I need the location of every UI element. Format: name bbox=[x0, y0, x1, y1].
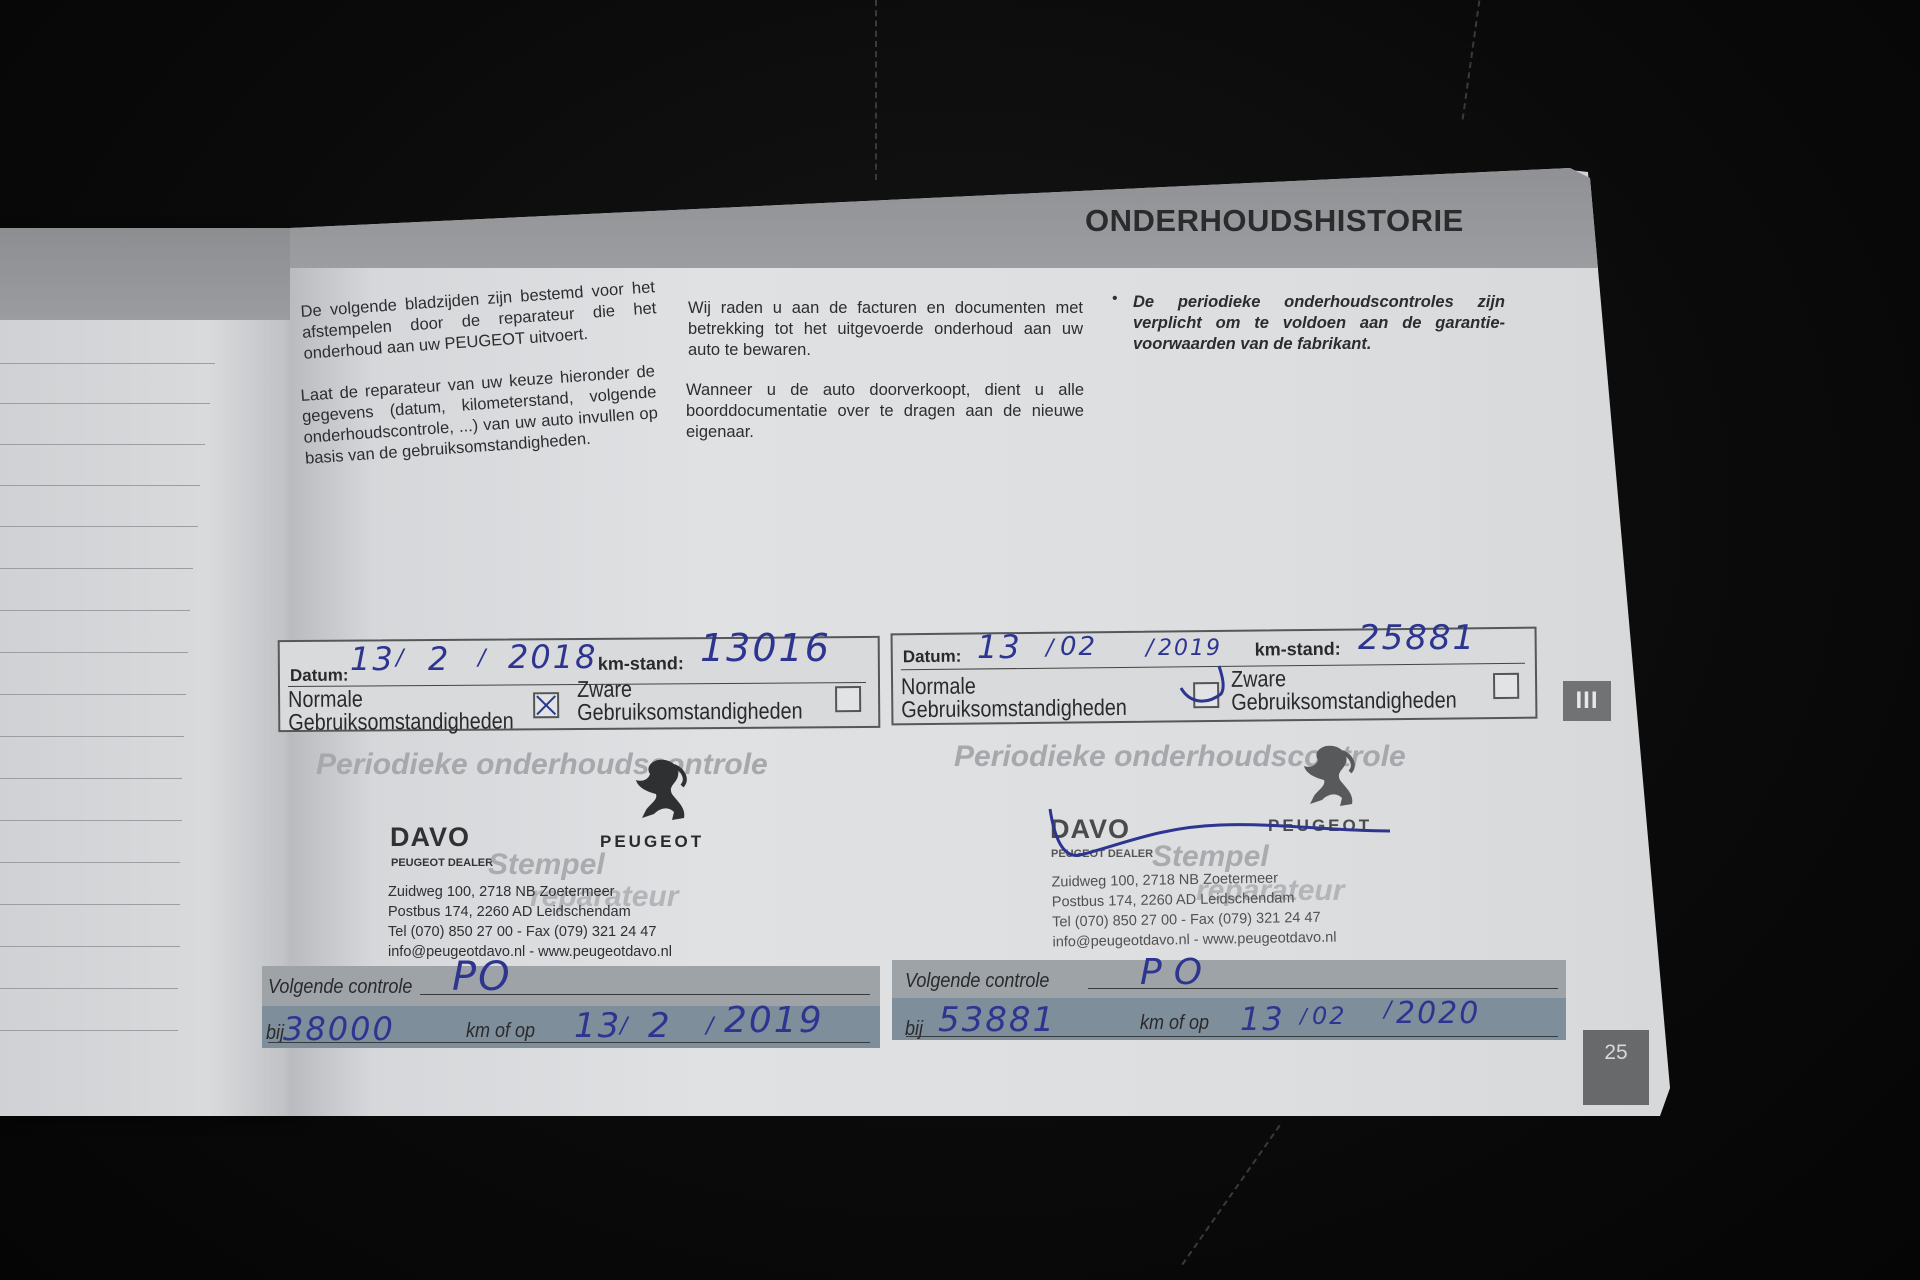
entry-1-next-year: 2019 bbox=[724, 1000, 824, 1041]
date-separator: / bbox=[1300, 1004, 1309, 1028]
dealer-address: Zuidweg 100, 2718 NB Zoetermeer Postbus … bbox=[388, 882, 672, 962]
zware-checkbox[interactable] bbox=[1493, 673, 1519, 699]
signature-stroke bbox=[1040, 805, 1400, 885]
intro-paragraph-4: Wanneer u de auto doorverkoopt, dient u … bbox=[686, 380, 1084, 443]
entry-2-next-km: 53881 bbox=[938, 1000, 1056, 1040]
entry-1-km-stand: 13016 bbox=[700, 626, 831, 670]
page-title: ONDERHOUDSHISTORIE bbox=[1085, 203, 1464, 239]
peugeot-lion-logo-icon bbox=[628, 756, 692, 824]
note-line bbox=[0, 444, 205, 445]
date-separator: / bbox=[620, 1014, 629, 1039]
date-separator: / bbox=[478, 646, 487, 671]
intro-paragraph-3: Wij raden u aan de facturen en documente… bbox=[688, 298, 1083, 361]
entry-1-next-month: 2 bbox=[648, 1006, 672, 1046]
row-rule bbox=[268, 1042, 870, 1043]
note-line bbox=[0, 526, 198, 527]
km-of-op-label: km of op bbox=[466, 1020, 535, 1043]
date-separator: / bbox=[706, 1014, 715, 1039]
datum-label: Datum: bbox=[290, 666, 349, 686]
date-separator: / bbox=[1146, 636, 1155, 661]
volgende-controle-label: Volgende controle bbox=[905, 970, 1049, 993]
note-line bbox=[0, 904, 180, 905]
normale-label: Normale Gebruiksomstandigheden bbox=[288, 686, 514, 734]
entry-2-next-day: 13 bbox=[1240, 1000, 1285, 1038]
note-line bbox=[0, 988, 178, 989]
warranty-note: De periodieke onderhoudscontroles zijn v… bbox=[1133, 292, 1505, 355]
note-line bbox=[0, 820, 182, 821]
seat-seam bbox=[1181, 1125, 1280, 1265]
note-line bbox=[0, 862, 180, 863]
dealer-name: DAVO bbox=[390, 822, 470, 853]
datum-label: Datum: bbox=[903, 647, 962, 668]
entry-1-next-control: PO bbox=[452, 954, 512, 1000]
entry-2-next-control: PO bbox=[1140, 952, 1214, 993]
date-separator: / bbox=[1046, 636, 1055, 661]
seat-seam bbox=[1462, 0, 1481, 119]
normale-line2: Gebruiksomstandigheden bbox=[901, 696, 1127, 721]
left-notes-page bbox=[0, 228, 300, 1116]
note-line bbox=[0, 485, 200, 486]
km-of-op-label: km of op bbox=[1140, 1012, 1209, 1035]
peugeot-lion-logo-icon bbox=[1296, 742, 1360, 810]
normale-label: Normale Gebruiksomstandigheden bbox=[901, 673, 1127, 721]
seat-seam bbox=[875, 0, 877, 180]
note-line bbox=[0, 778, 182, 779]
entry-2-date-year: 2019 bbox=[1158, 636, 1222, 661]
note-line bbox=[0, 652, 188, 653]
entry-2-km-stand: 25881 bbox=[1358, 618, 1476, 658]
entry-2-date-month: 02 bbox=[1060, 632, 1097, 662]
normale-checkbox-checked[interactable] bbox=[533, 692, 559, 718]
stamp-placeholder: Stempel bbox=[488, 848, 605, 882]
address-line-1: Zuidweg 100, 2718 NB Zoetermeer bbox=[388, 882, 672, 902]
zware-line2: Gebruiksomstandigheden bbox=[1231, 688, 1457, 713]
entry-1-date-year: 2018 bbox=[508, 638, 597, 676]
note-line bbox=[0, 736, 184, 737]
left-page-header-band bbox=[0, 228, 300, 320]
note-line bbox=[0, 363, 215, 364]
entry-2-next-year: 2020 bbox=[1396, 996, 1480, 1031]
normale-line2: Gebruiksomstandigheden bbox=[288, 709, 514, 734]
address-line-2: Postbus 174, 2260 AD Leidschendam bbox=[388, 902, 672, 922]
dealer-subtitle: PEUGEOT DEALER bbox=[391, 857, 493, 869]
date-separator: / bbox=[1384, 998, 1393, 1023]
phone-line: Tel (070) 850 27 00 - Fax (079) 321 24 4… bbox=[388, 922, 672, 942]
web-line: info@peugeotdavo.nl - www.peugeotdavo.nl bbox=[388, 942, 672, 962]
zware-label: Zware Gebruiksomstandigheden bbox=[577, 676, 803, 724]
row-rule bbox=[906, 1036, 1558, 1037]
zware-checkbox[interactable] bbox=[835, 686, 861, 712]
dealer-brand: PEUGEOT bbox=[600, 832, 704, 852]
note-line bbox=[0, 568, 193, 569]
pen-stroke-mark bbox=[1175, 660, 1235, 710]
chapter-marker: III bbox=[1563, 681, 1611, 721]
zware-line2: Gebruiksomstandigheden bbox=[577, 699, 803, 724]
entry-1-date-day: 13 bbox=[350, 640, 395, 678]
note-line bbox=[0, 403, 210, 404]
entry-1-next-day: 13 bbox=[574, 1006, 621, 1046]
date-separator: / bbox=[396, 646, 405, 671]
note-line bbox=[0, 694, 186, 695]
km-stand-label: km-stand: bbox=[598, 653, 684, 675]
entry-1-date-month: 2 bbox=[428, 640, 450, 678]
note-line bbox=[0, 1030, 178, 1031]
note-line bbox=[0, 610, 190, 611]
entry-2-next-month: 02 bbox=[1312, 1002, 1347, 1030]
zware-label: Zware Gebruiksomstandigheden bbox=[1231, 665, 1457, 713]
bullet-icon: • bbox=[1112, 290, 1118, 308]
volgende-controle-label: Volgende controle bbox=[268, 976, 412, 999]
entry-2-date-day: 13 bbox=[977, 628, 1022, 666]
bij-label: bij bbox=[905, 1018, 923, 1041]
km-stand-label: km-stand: bbox=[1255, 639, 1341, 661]
stamp-1-title: Periodieke onderhoudscontrole bbox=[316, 748, 768, 782]
page-number: 25 bbox=[1583, 1030, 1649, 1105]
note-line bbox=[0, 946, 180, 947]
